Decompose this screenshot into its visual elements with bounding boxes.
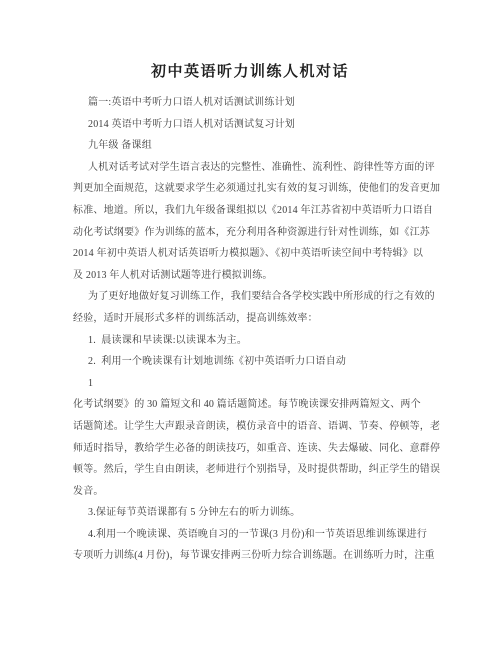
document-line: 师适时指导，教给学生必备的朗读技巧，如重音、连读、失去爆破、同化、意群停	[73, 438, 445, 460]
document-line: 顿等。然后，学生自由朗读，老师进行个别指导，及时提供帮助，纠正学生的错误	[73, 459, 445, 481]
document-line: 判更加全面规范，这就要求学生必须通过扎实有效的复习训练，使他们的发音更加	[73, 178, 445, 200]
document-line: 九年级 备课组	[73, 135, 445, 157]
document-line: 2. 利用一个晚读课有计划地训练《初中英语听力口语自动	[73, 351, 445, 373]
document-line: 2014 年初中英语人机对话英语听力模拟题》、《初中英语听读空间中考特辑》以	[73, 243, 445, 265]
document-line: 2014 英语中考听力口语人机对话测试复习计划	[73, 114, 445, 136]
document-line: 话题简述。让学生大声跟录音朗读，模仿录音中的语音、语调、节奏、停顿等，老	[73, 416, 445, 438]
document-line: 为了更好地做好复习训练工作，我们要结合各学校实践中所形成的行之有效的	[73, 286, 445, 308]
document-line: 动化考试纲要》作为训练的蓝本，充分利用各种资源进行针对性训练，如《江苏	[73, 222, 445, 244]
document-page: 初中英语听力训练人机对话 篇一:英语中考听力口语人机对话测试训练计划2014 英…	[0, 0, 500, 647]
document-line: 标准、地道。所以，我们九年级备课组拟以《2014 年江苏省初中英语听力口语自	[73, 200, 445, 222]
document-line: 化考试纲要》的 30 篇短文和 40 篇话题简述。每节晚读课安排两篇短文、两个	[73, 394, 445, 416]
document-line: 4.利用一个晚读课、英语晚自习的一节课(3 月份)和一节英语思维训练课进行	[73, 524, 445, 546]
document-body: 篇一:英语中考听力口语人机对话测试训练计划2014 英语中考听力口语人机对话测试…	[0, 92, 500, 567]
document-line: 1	[73, 373, 445, 395]
document-line: 人机对话考试对学生语言表达的完整性、准确性、流利性、韵律性等方面的评	[73, 157, 445, 179]
document-line: 篇一:英语中考听力口语人机对话测试训练计划	[73, 92, 445, 114]
document-line: 1. 晨读课和早读课:以读课本为主。	[73, 330, 445, 352]
document-line: 及 2013 年人机对话测试题等进行模拟训练。	[73, 265, 445, 287]
document-line: 经验，适时开展形式多样的训练活动，提高训练效率：	[73, 308, 445, 330]
document-line: 3.保证每节英语课都有 5 分钟左右的听力训练。	[73, 502, 445, 524]
document-line: 专项听力训练(4 月份)，每节课安排两三份听力综合训练题。在训练听力时，注重	[73, 545, 445, 567]
document-title: 初中英语听力训练人机对话	[0, 62, 500, 82]
document-line: 发音。	[73, 481, 445, 503]
